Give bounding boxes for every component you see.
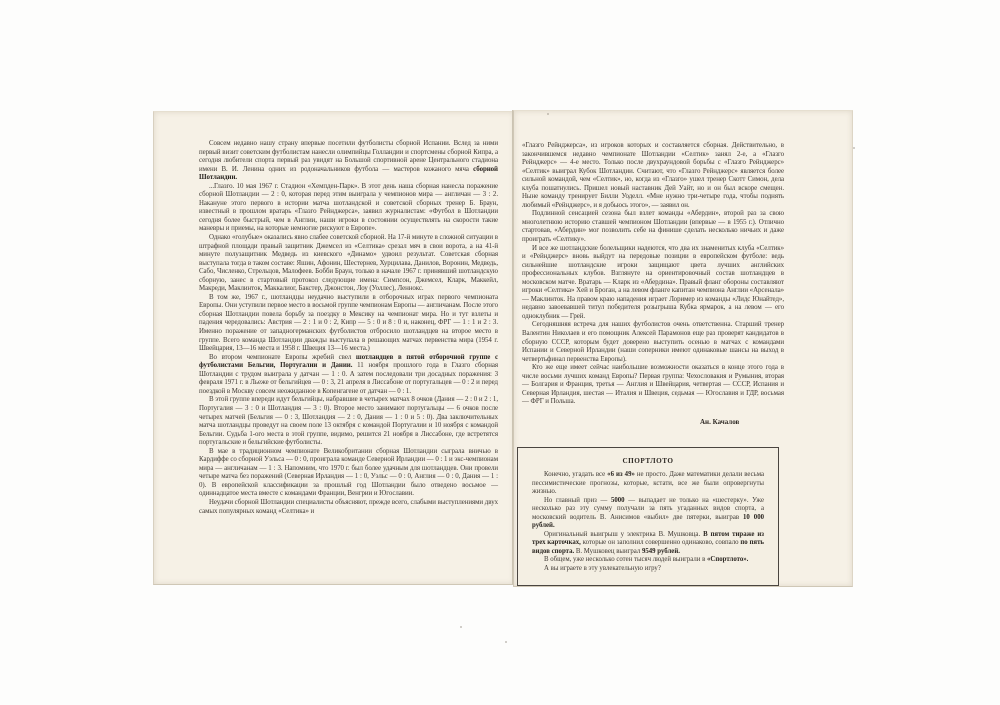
page-fold — [512, 110, 513, 584]
paragraph-match-lineups: Однако «голубые» оказались явно слабее с… — [199, 234, 498, 294]
left-article-column: Совсем недавно нашу страну впервые посет… — [199, 140, 498, 516]
paragraph-lineup: И все же шотландские болельщики надеются… — [522, 245, 784, 322]
paragraph-aberdeen: Подлинной сенсацией сезона был взлет ком… — [522, 210, 784, 244]
author-signature: Ан. Качалов — [700, 418, 739, 426]
paper-speck — [505, 641, 507, 643]
paragraph-soviet-coaches: Сегодняшняя встреча для наших футболисто… — [522, 321, 784, 364]
right-article-column: «Глазго Рейнджерса», из игроков которых … — [522, 142, 784, 407]
paragraph-groups: Кто же еще имеет сейчас наибольшие возмо… — [522, 364, 784, 407]
sportloto-paragraph: Но главный приз — 5000 — выпадает не тол… — [532, 497, 764, 531]
sportloto-box: СПОРТЛОТО Конечно, угадать все «6 из 49»… — [517, 447, 779, 586]
paragraph-rangers-celtic: «Глазго Рейнджерса», из игроков которых … — [522, 142, 784, 210]
paper-speck — [547, 113, 549, 115]
paragraph-british-championship: В мае в традиционном чемпионате Великобр… — [199, 448, 498, 499]
paragraph-group-standings: В этой группе впереди идут бельгийцы, на… — [199, 396, 498, 447]
paragraph-euro-group: Во втором чемпионате Европы жребий свел … — [199, 354, 498, 397]
paper-speck — [853, 147, 855, 149]
intro-paragraph: Совсем недавно нашу страну впервые посет… — [199, 140, 498, 183]
sportloto-paragraph: А вы играете в эту увлекательную игру? — [532, 565, 764, 574]
sportloto-paragraph: Конечно, угадать все «6 из 49» не просто… — [532, 471, 764, 497]
sportloto-body: Конечно, угадать все «6 из 49» не просто… — [532, 471, 764, 573]
sportloto-paragraph: В общем, уже несколько сотен тысяч людей… — [532, 556, 764, 565]
paper-speck — [460, 626, 462, 628]
paragraph-qualifiers: В том же, 1967 г., шотландцы неудачно вы… — [199, 294, 498, 354]
sportloto-paragraph: Оригинальный выигрыш у электрика В. Мушк… — [532, 531, 764, 557]
paragraph-glasgow-1967: ...Глазго. 10 мая 1967 г. Стадион «Хемпд… — [199, 183, 498, 234]
sportloto-title: СПОРТЛОТО — [518, 457, 778, 465]
paragraph-failures: Неудачи сборной Шотландии специалисты об… — [199, 499, 498, 516]
